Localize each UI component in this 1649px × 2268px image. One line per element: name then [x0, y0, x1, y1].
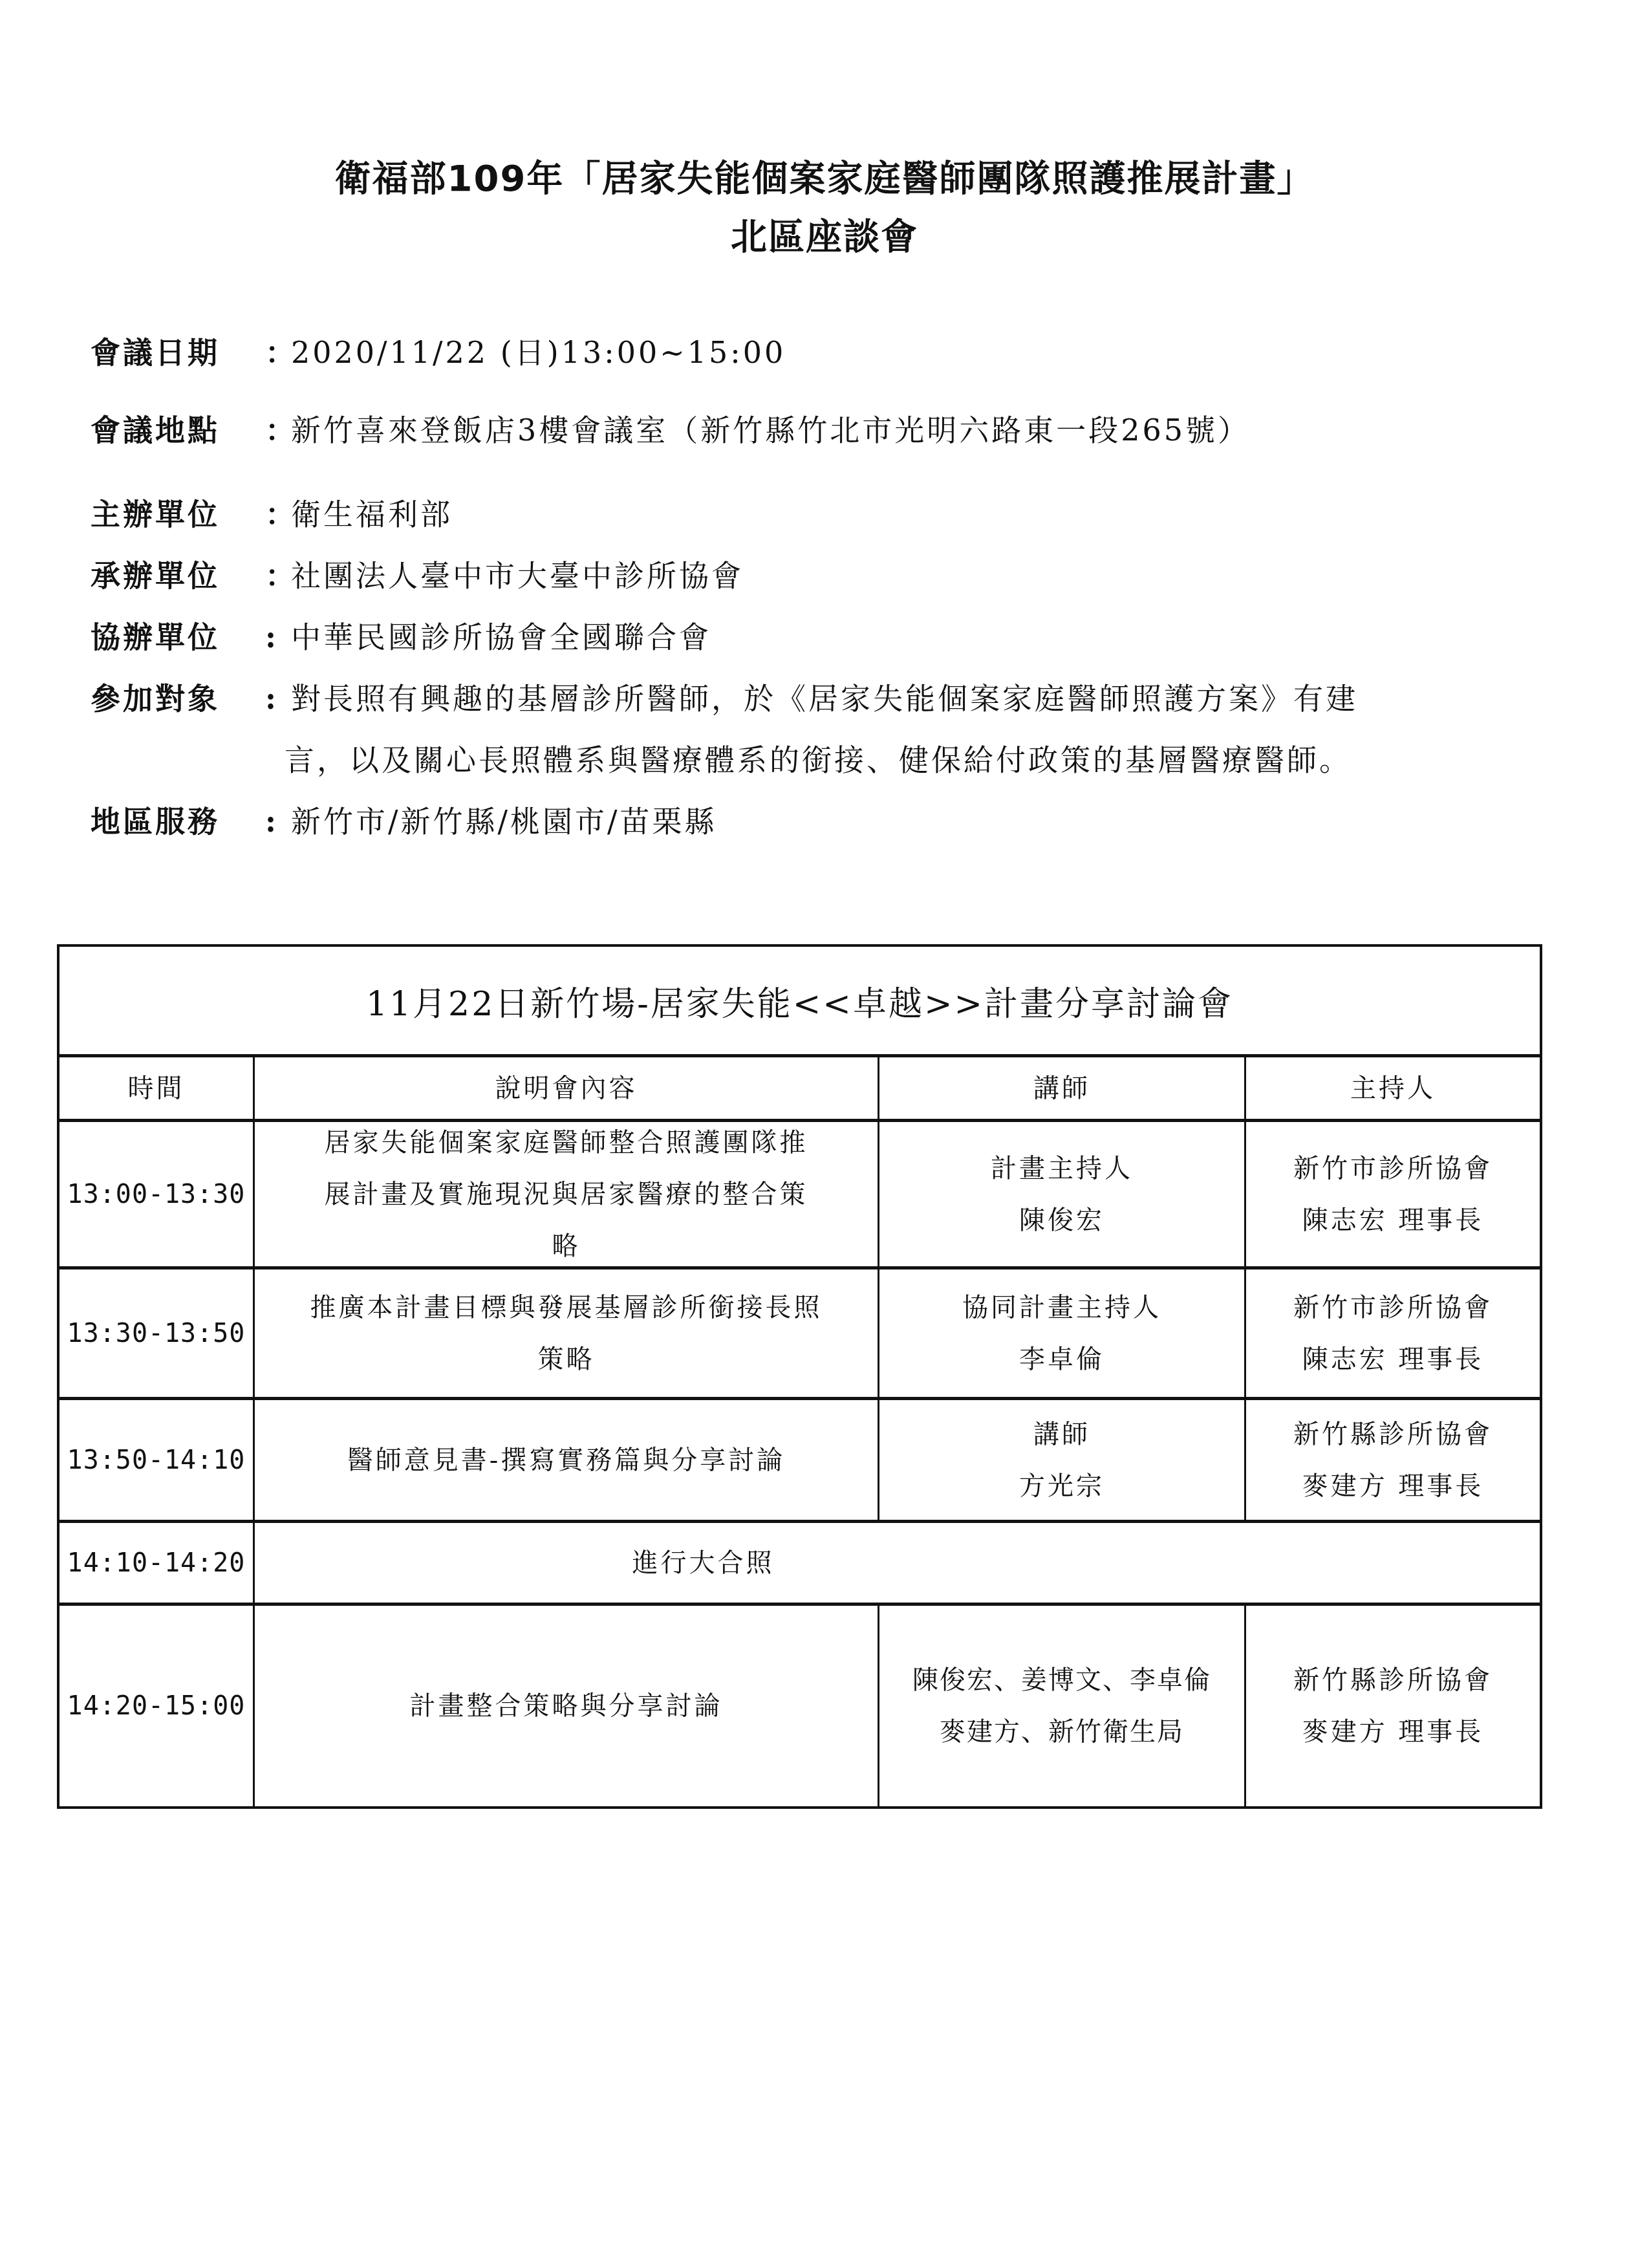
info-label: 參加對象 [91, 679, 265, 718]
row-host: 新竹縣診所協會 麥建方 理事長 [1246, 1400, 1540, 1520]
meeting-venue: 新竹喜來登飯店3樓會議室（新竹縣竹北市光明六路東一段265號） [291, 411, 1250, 449]
header-host: 主持人 [1246, 1057, 1540, 1119]
table-row: 14:20-15:00 計畫整合策略與分享討論 陳俊宏、姜博文、李卓倫 麥建方、… [59, 1606, 1540, 1806]
host-org: 新竹縣診所協會 [1293, 1654, 1493, 1706]
speaker-role: 講師 [1033, 1409, 1090, 1460]
host-unit: 衛生福利部 [291, 495, 453, 534]
info-row-host: 主辦單位 ： 衛生福利部 [91, 495, 453, 534]
header-content: 說明會內容 [255, 1057, 879, 1119]
info-label: 會議日期 [91, 333, 265, 372]
info-label: 協辦單位 [91, 618, 265, 656]
coorganizer-unit: 中華民國診所協會全國聯合會 [291, 618, 711, 656]
content-line: 計畫整合策略與分享討論 [410, 1680, 723, 1732]
row-speaker: 陳俊宏、姜博文、李卓倫 麥建方、新竹衛生局 [879, 1606, 1246, 1806]
row-host: 新竹市診所協會 陳志宏 理事長 [1246, 1122, 1540, 1266]
speaker-role: 計畫主持人 [991, 1143, 1133, 1194]
header-speaker: 講師 [879, 1057, 1246, 1119]
info-label: 主辦單位 [91, 495, 265, 534]
row-speaker: 協同計畫主持人 李卓倫 [879, 1269, 1246, 1397]
info-row-audience: 參加對象 : 對長照有興趣的基層診所醫師，於《居家失能個案家庭醫師照護方案》有建 [91, 679, 1358, 718]
row-span-content: 進行大合照 [255, 1523, 1540, 1603]
host-name: 麥建方 理事長 [1302, 1460, 1484, 1512]
info-colon: : [265, 618, 291, 656]
row-content: 居家失能個案家庭醫師整合照護團隊推 展計畫及實施現況與居家醫療的整合策 略 [255, 1122, 879, 1266]
table-row: 13:30-13:50 推廣本計畫目標與發展基層診所銜接長照 策略 協同計畫主持… [59, 1269, 1540, 1400]
schedule-table: 11月22日新竹場-居家失能<<卓越>>計畫分享討論會 時間 說明會內容 講師 … [57, 944, 1542, 1809]
info-colon: : [265, 679, 291, 718]
row-time: 14:20-15:00 [59, 1606, 255, 1806]
row-time: 13:50-14:10 [59, 1400, 255, 1520]
row-speaker: 講師 方光宗 [879, 1400, 1246, 1520]
speaker-names: 麥建方、新竹衛生局 [940, 1706, 1184, 1758]
speaker-name: 陳俊宏 [1019, 1194, 1105, 1246]
host-org: 新竹縣診所協會 [1293, 1409, 1493, 1460]
info-row-region: 地區服務 : 新竹市/新竹縣/桃園市/苗栗縣 [91, 802, 717, 841]
row-content: 計畫整合策略與分享討論 [255, 1606, 879, 1806]
info-row-coorganizer: 協辦單位 : 中華民國診所協會全國聯合會 [91, 618, 711, 656]
speaker-name: 李卓倫 [1019, 1334, 1105, 1385]
content-line: 居家失能個案家庭醫師整合照護團隊推 [325, 1117, 808, 1169]
speaker-names: 陳俊宏、姜博文、李卓倫 [912, 1654, 1211, 1706]
meeting-date: 2020/11/22 (日)13:00~15:00 [291, 333, 786, 372]
row-host: 新竹縣診所協會 麥建方 理事長 [1246, 1606, 1540, 1806]
content-line: 策略 [310, 1334, 823, 1385]
document-title: 衛福部109年「居家失能個案家庭醫師團隊照護推展計畫」 [0, 150, 1649, 202]
info-colon: ： [265, 495, 291, 534]
group-photo-text: 進行大合照 [632, 1537, 775, 1589]
header-time: 時間 [59, 1057, 255, 1119]
audience-text-line2: 言，以及關心長照體系與醫療體系的銜接、健保給付政策的基層醫療醫師。 [285, 740, 1352, 779]
info-label: 地區服務 [91, 802, 265, 841]
service-regions: 新竹市/新竹縣/桃園市/苗栗縣 [291, 802, 717, 841]
host-name: 陳志宏 理事長 [1302, 1194, 1484, 1246]
speaker-role: 協同計畫主持人 [962, 1282, 1161, 1334]
content-line: 展計畫及實施現況與居家醫療的整合策 [325, 1169, 808, 1220]
schedule-caption: 11月22日新竹場-居家失能<<卓越>>計畫分享討論會 [59, 947, 1540, 1057]
row-content: 推廣本計畫目標與發展基層診所銜接長照 策略 [255, 1269, 879, 1397]
row-speaker: 計畫主持人 陳俊宏 [879, 1122, 1246, 1266]
host-org: 新竹市診所協會 [1293, 1143, 1493, 1194]
content-line: 略 [325, 1220, 808, 1272]
table-row: 14:10-14:20 進行大合照 [59, 1523, 1540, 1606]
row-content: 醫師意見書-撰寫實務篇與分享討論 [255, 1400, 879, 1520]
info-colon: ： [265, 556, 291, 595]
content-line: 醫師意見書-撰寫實務篇與分享討論 [347, 1434, 786, 1486]
table-row: 13:50-14:10 醫師意見書-撰寫實務篇與分享討論 講師 方光宗 新竹縣診… [59, 1400, 1540, 1523]
info-colon: ： [265, 333, 291, 372]
info-colon: ： [265, 411, 291, 449]
host-org: 新竹市診所協會 [1293, 1282, 1493, 1334]
info-colon: : [265, 802, 291, 841]
info-label: 承辦單位 [91, 556, 265, 595]
audience-text-line1: 對長照有興趣的基層診所醫師，於《居家失能個案家庭醫師照護方案》有建 [291, 679, 1358, 718]
speaker-name: 方光宗 [1019, 1460, 1105, 1512]
info-label: 會議地點 [91, 411, 265, 449]
document-subtitle: 北區座談會 [0, 208, 1649, 260]
table-header-row: 時間 說明會內容 講師 主持人 [59, 1057, 1540, 1122]
host-name: 麥建方 理事長 [1302, 1706, 1484, 1758]
row-host: 新竹市診所協會 陳志宏 理事長 [1246, 1269, 1540, 1397]
info-row-date: 會議日期 ： 2020/11/22 (日)13:00~15:00 [91, 333, 786, 372]
row-time: 14:10-14:20 [59, 1523, 255, 1603]
info-row-organizer: 承辦單位 ： 社團法人臺中市大臺中診所協會 [91, 556, 744, 595]
content-line: 推廣本計畫目標與發展基層診所銜接長照 [310, 1282, 823, 1334]
info-row-venue: 會議地點 ： 新竹喜來登飯店3樓會議室（新竹縣竹北市光明六路東一段265號） [91, 411, 1250, 449]
table-row: 13:00-13:30 居家失能個案家庭醫師整合照護團隊推 展計畫及實施現況與居… [59, 1122, 1540, 1269]
row-time: 13:30-13:50 [59, 1269, 255, 1397]
organizer-unit: 社團法人臺中市大臺中診所協會 [291, 556, 744, 595]
row-time: 13:00-13:30 [59, 1122, 255, 1266]
host-name: 陳志宏 理事長 [1302, 1334, 1484, 1385]
